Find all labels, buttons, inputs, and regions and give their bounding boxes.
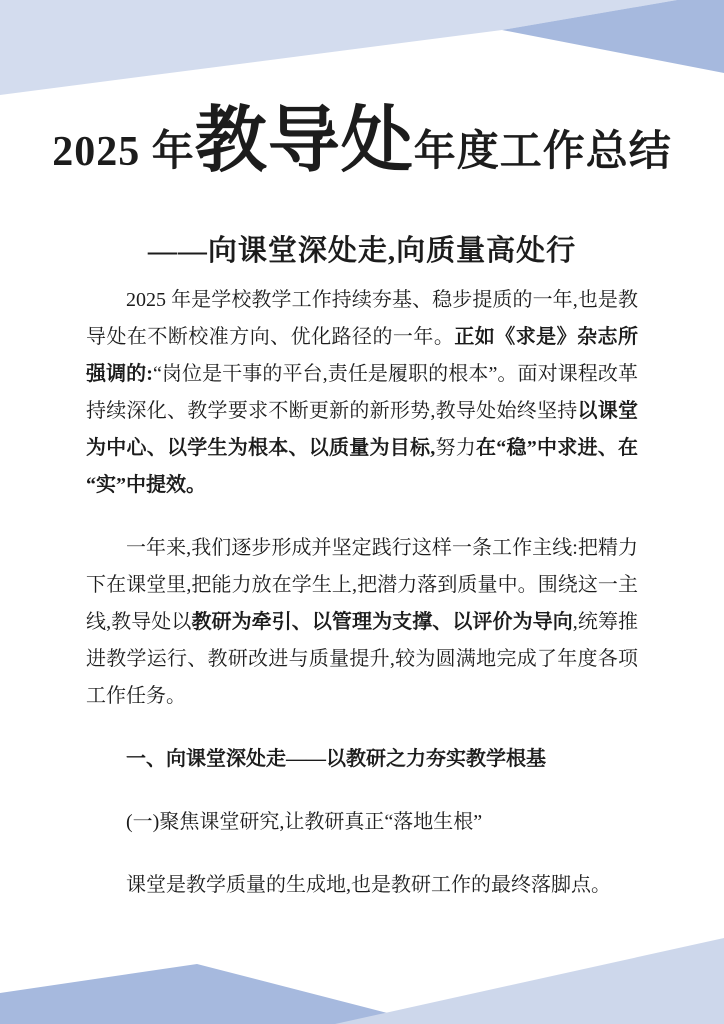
document-content: 2025 年教导处年度工作总结 ——向课堂深处走,向质量高处行 2025 年是学… (0, 0, 724, 1024)
title-prefix: 2025 年 (52, 129, 195, 175)
bold-text-run: 教研为牵引、以管理为支撑、以评价为导向 (191, 611, 572, 633)
mainline-paragraph: 一年来,我们逐步形成并坚定践行这样一条工作主线:把精力下在课堂里,把能力放在学生… (86, 530, 638, 715)
section-1-heading: 一、向课堂深处走——以教研之力夯实教学根基 (86, 741, 638, 778)
classroom-paragraph: 课堂是教学质量的生成地,也是教研工作的最终落脚点。 (86, 867, 638, 904)
document-title: 2025 年教导处年度工作总结 (0, 98, 724, 188)
text-run: 努力 (435, 437, 476, 459)
section-1-1-heading: (一)聚焦课堂研究,让教研真正“落地生根” (86, 804, 638, 841)
document-body: 2025 年是学校教学工作持续夯基、稳步提质的一年,也是教导处在不断校准方向、优… (86, 282, 638, 930)
title-suffix: 年度工作总结 (414, 129, 672, 175)
document-page: 2025 年教导处年度工作总结 ——向课堂深处走,向质量高处行 2025 年是学… (0, 0, 724, 1024)
text-run: (一)聚焦课堂研究,让教研真正“落地生根” (126, 811, 482, 833)
text-run: “岗位是干事的平台,责任是履职的根本”。面对课程改革持续深化、教学要求不断更新的… (86, 363, 638, 422)
intro-paragraph: 2025 年是学校教学工作持续夯基、稳步提质的一年,也是教导处在不断校准方向、优… (86, 282, 638, 504)
title-emphasis: 教导处 (195, 101, 414, 181)
document-subtitle: ——向课堂深处走,向质量高处行 (0, 231, 724, 271)
text-run: 课堂是教学质量的生成地,也是教研工作的最终落脚点。 (126, 874, 611, 896)
bold-text-run: 一、向课堂深处走——以教研之力夯实教学根基 (126, 748, 546, 770)
